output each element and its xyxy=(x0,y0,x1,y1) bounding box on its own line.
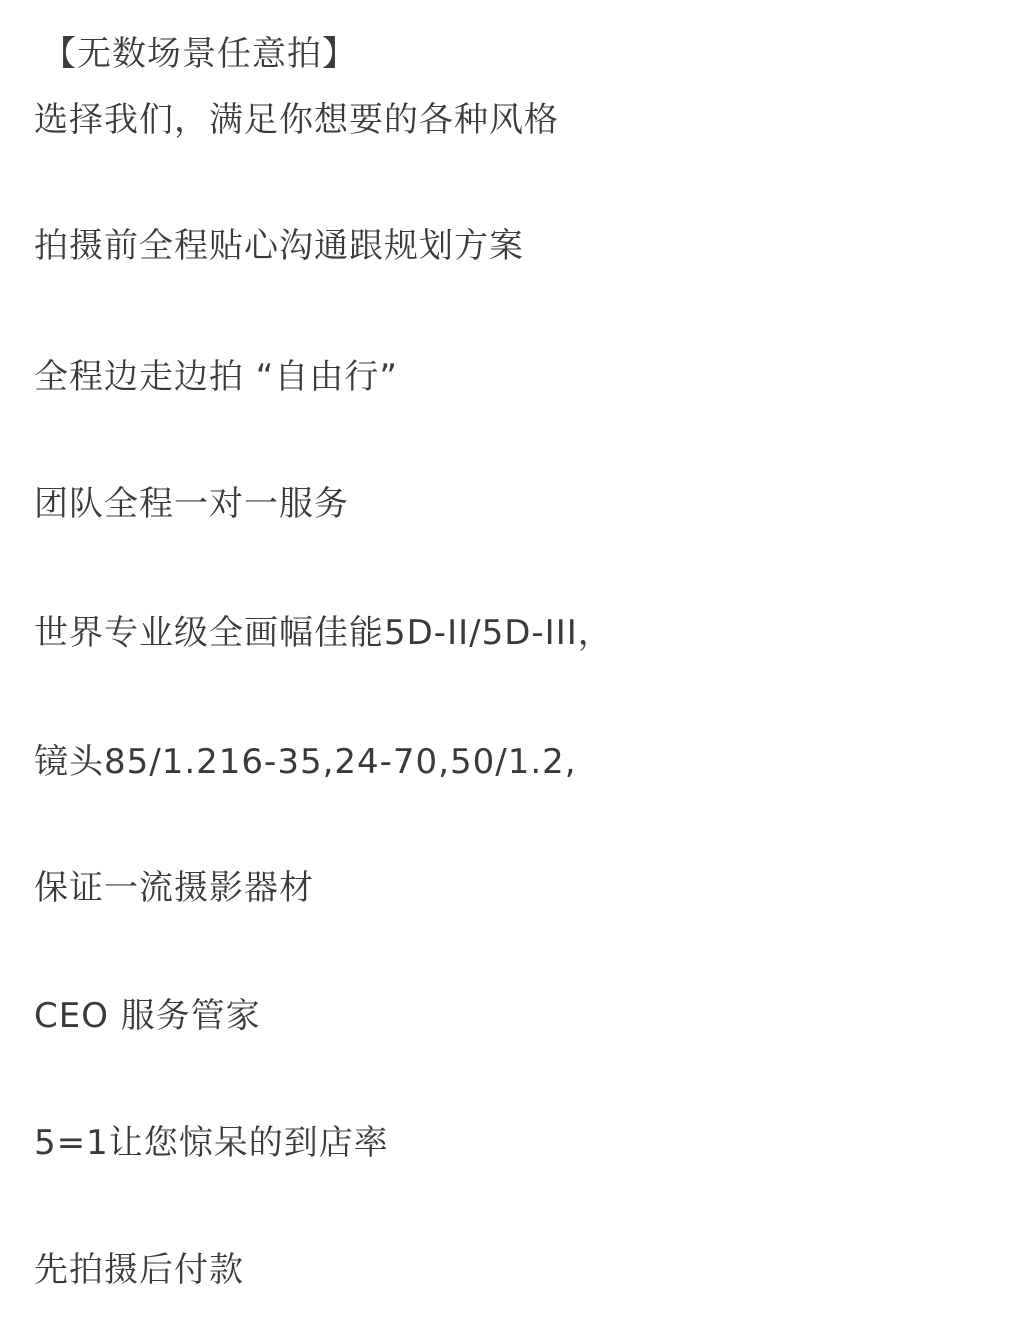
text-line-style: 选择我们，满足你想要的各种风格 xyxy=(34,100,559,140)
text-line-lenses: 镜头85/1.216-35,24-70,50/1.2, xyxy=(34,742,577,782)
text-line-arrival-rate: 5=1让您惊呆的到店率 xyxy=(34,1123,389,1163)
text-line-camera: 世界专业级全画幅佳能5D-II/5D-III， xyxy=(34,613,613,653)
text-line-team-service: 团队全程一对一服务 xyxy=(34,484,349,524)
text-line-payment: 先拍摄后付款 xyxy=(34,1250,244,1290)
text-line-free-walk: 全程边走边拍 “自由行” xyxy=(34,357,398,397)
text-line-ceo: CEO 服务管家 xyxy=(34,996,261,1036)
document: 【无数场景任意拍】 选择我们，满足你想要的各种风格 拍摄前全程贴心沟通跟规划方案… xyxy=(0,0,1026,1328)
text-line-equipment: 保证一流摄影器材 xyxy=(34,868,314,908)
text-line-planning: 拍摄前全程贴心沟通跟规划方案 xyxy=(34,226,524,266)
document-title: 【无数场景任意拍】 xyxy=(42,34,357,74)
